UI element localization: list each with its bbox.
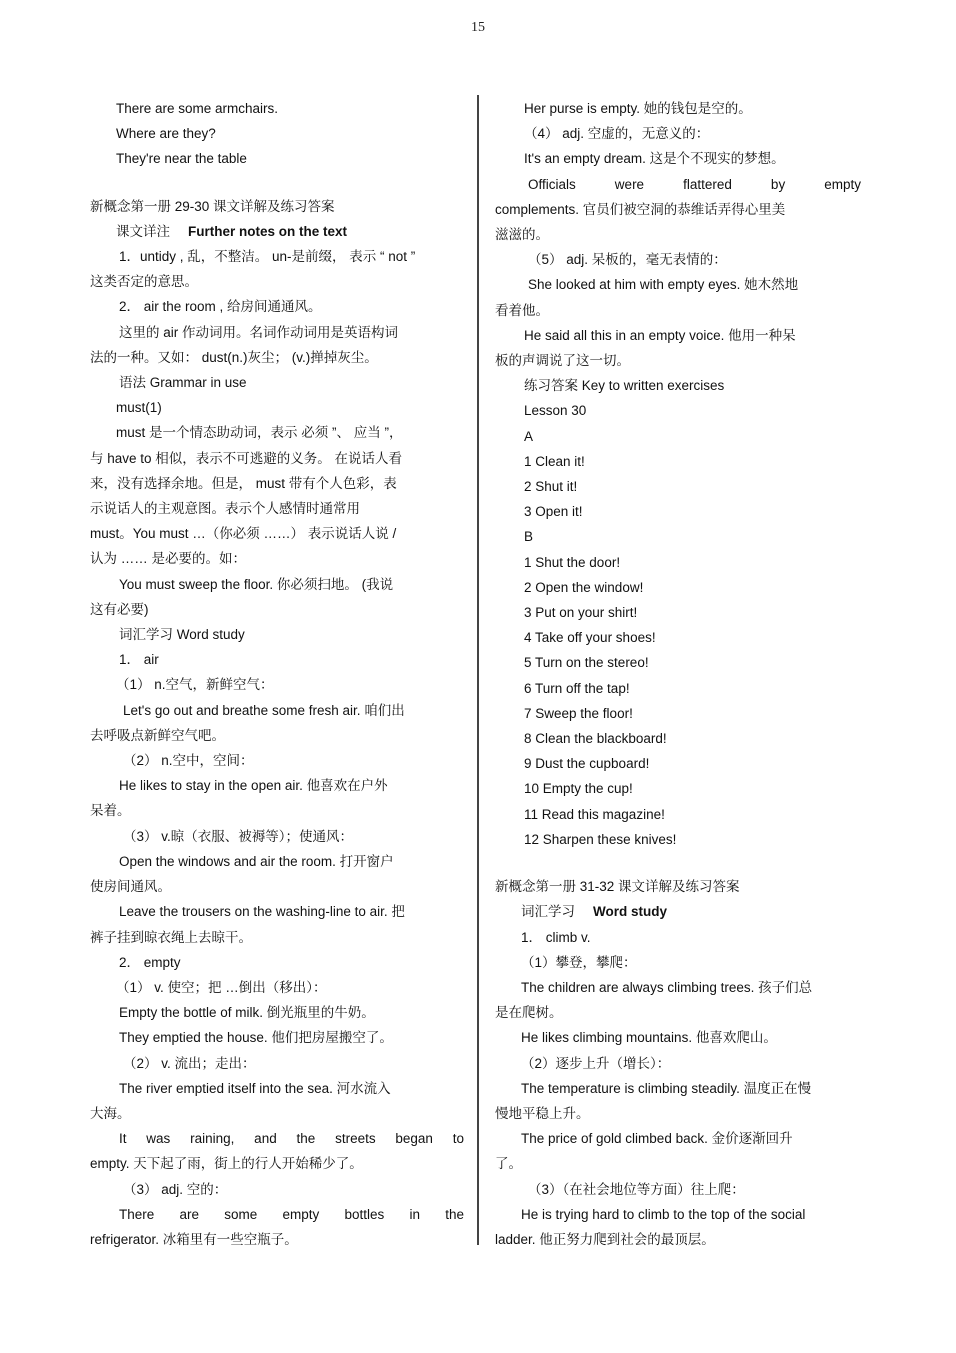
text-line: 来，没有选择余地。但是， must 带有个人色彩，表: [90, 471, 464, 496]
line-text: 7 Sweep the floor!: [524, 706, 633, 721]
text-line: ladder. 他正努力爬到社会的最顶层。: [495, 1227, 861, 1252]
text-line: There are some armchairs.: [90, 96, 464, 121]
text-line: 1 Clean it!: [495, 449, 861, 474]
line-text: 6 Turn off the tap!: [524, 681, 630, 696]
line-text: must(1): [116, 400, 162, 415]
text-line: It's an empty dream. 这是个不现实的梦想。: [495, 146, 861, 171]
line-text: 是在爬树。: [495, 1005, 563, 1020]
text-line: （4） adj. 空虚的，无意义的：: [495, 121, 861, 146]
text-line: She looked at him with empty eyes. 她木然地: [495, 272, 861, 297]
text-line: He said all this in an empty voice. 他用一种…: [495, 323, 861, 348]
line-text: He likes climbing mountains. 他喜欢爬山。: [521, 1030, 777, 1045]
line-text: 8 Clean the blackboard!: [524, 731, 667, 746]
text-line: 看着他。: [495, 298, 861, 323]
line-text: 10 Empty the cup!: [524, 781, 633, 796]
text-line: refrigerator. 冰箱里有一些空瓶子。: [90, 1227, 464, 1252]
line-text: A: [524, 429, 533, 444]
line-text: 认为 …… 是必要的。如：: [90, 551, 246, 566]
line-text: He said all this in an empty voice. 他用一种…: [524, 328, 796, 343]
line-text: 使房间通风。: [90, 879, 171, 894]
text-line: 滋滋的。: [495, 222, 861, 247]
line-text: 新概念第一册 29-30 课文详解及练习答案: [90, 199, 335, 214]
line-text: It's an empty dream. 这是个不现实的梦想。: [524, 151, 785, 166]
right-column: Her purse is empty. 她的钱包是空的。（4） adj. 空虚的…: [495, 96, 861, 1252]
text-line: 1． climb v.: [495, 925, 861, 950]
line-text: 这里的 air 作动词用。名词作动词用是英语构词: [119, 325, 398, 340]
text-line: You must sweep the floor. 你必须扫地。 (我说: [90, 572, 464, 597]
text-line: complements. 官员们被空洞的恭维话弄得心里美: [495, 197, 861, 222]
line-text: 裤子挂到晾衣绳上去晾干。: [90, 930, 252, 945]
text-line: 3 Open it!: [495, 499, 861, 524]
line-text: There are some armchairs.: [116, 101, 278, 116]
text-line: 与 have to 相似，表示不可逃避的义务。 在说话人看: [90, 446, 464, 471]
text-line: empty. 天下起了雨，街上的行人开始稀少了。: [90, 1151, 464, 1176]
line-text: 1． air: [119, 652, 159, 667]
line-text: Let's go out and breathe some fresh air.…: [123, 703, 405, 718]
text-line: （1） n.空气，新鲜空气：: [90, 672, 464, 697]
text-line: 慢地平稳上升。: [495, 1101, 861, 1126]
text-line: 裤子挂到晾衣绳上去晾干。: [90, 925, 464, 950]
text-line: must 是一个情态助动词，表示 必须 ”、 应当 ”，: [90, 420, 464, 445]
text-line: 语法 Grammar in use: [90, 370, 464, 395]
line-text: 课文详注: [116, 224, 170, 239]
line-text: The river emptied itself into the sea. 河…: [119, 1081, 391, 1096]
text-line: 5 Turn on the stereo!: [495, 650, 861, 675]
text-line: 11 Read this magazine!: [495, 802, 861, 827]
line-text: Lesson 30: [524, 403, 586, 418]
text-line: A: [495, 424, 861, 449]
line-text: 1． climb v.: [521, 930, 591, 945]
text-line: 去呼吸点新鲜空气吧。: [90, 723, 464, 748]
text-line: 认为 …… 是必要的。如：: [90, 546, 464, 571]
line-text: The temperature is climbing steadily. 温度…: [521, 1081, 811, 1096]
text-line: （5） adj. 呆板的，毫无表情的：: [495, 247, 861, 272]
text-line: （3） v.晾（衣服、被褥等）；使通风：: [90, 824, 464, 849]
line-text: （5） adj. 呆板的，毫无表情的：: [528, 252, 727, 267]
text-line: 3 Put on your shirt!: [495, 600, 861, 625]
line-text: They emptied the house. 他们把房屋搬空了。: [119, 1030, 393, 1045]
text-line: 4 Take off your shoes!: [495, 625, 861, 650]
text-line: 是在爬树。: [495, 1000, 861, 1025]
line-text: 法的一种。又如： dust(n.)灰尘； (v.)掸掉灰尘。: [90, 350, 378, 365]
line-text: （2） v. 流出；走出：: [123, 1056, 256, 1071]
line-text: You must sweep the floor. 你必须扫地。 (我说: [119, 577, 393, 592]
text-line: 这类否定的意思。: [90, 269, 464, 294]
line-text: 来，没有选择余地。但是， must 带有个人色彩，表: [90, 476, 397, 491]
line-text: Leave the trousers on the washing-line t…: [119, 904, 405, 919]
text-line: 8 Clean the blackboard!: [495, 726, 861, 751]
text-line: 这有必要): [90, 597, 464, 622]
page-number: 15: [0, 20, 956, 36]
text-line: He likes to stay in the open air. 他喜欢在户外: [90, 773, 464, 798]
text-line: 10 Empty the cup!: [495, 776, 861, 801]
paragraph-gap: [495, 852, 861, 874]
text-line: 词汇学习 Word study: [90, 622, 464, 647]
line-text: （4） adj. 空虚的，无意义的：: [524, 126, 709, 141]
text-line: 9 Dust the cupboard!: [495, 751, 861, 776]
text-line: He likes climbing mountains. 他喜欢爬山。: [495, 1025, 861, 1050]
text-line: （1）攀登，攀爬：: [495, 950, 861, 975]
text-line: It was raining, and the streets began to: [90, 1126, 464, 1151]
line-text: 看着他。: [495, 303, 549, 318]
text-line: Empty the bottle of milk. 倒光瓶里的牛奶。: [90, 1000, 464, 1025]
text-line: 呆着。: [90, 798, 464, 823]
text-line: Lesson 30: [495, 398, 861, 423]
text-line: （2） n.空中，空间：: [90, 748, 464, 773]
line-text: （3）（在社会地位等方面）往上爬：: [528, 1182, 745, 1197]
line-text: （2） n.空中，空间：: [123, 753, 254, 768]
text-line: 2 Shut it!: [495, 474, 861, 499]
line-text: Her purse is empty. 她的钱包是空的。: [524, 101, 752, 116]
line-text: He likes to stay in the open air. 他喜欢在户外: [119, 778, 388, 793]
line-text: must。You must …（你必须 ……） 表示说话人说 /: [90, 526, 396, 541]
text-line: They're near the table: [90, 146, 464, 171]
line-text: 词汇学习: [521, 904, 575, 919]
line-text: 板的声调说了这一切。: [495, 353, 630, 368]
line-text: 2． air the room , 给房间通通风。: [119, 299, 322, 314]
text-line: 词汇学习Word study: [495, 899, 861, 924]
text-line: 12 Sharpen these knives!: [495, 827, 861, 852]
text-line: 板的声调说了这一切。: [495, 348, 861, 373]
line-text: 新概念第一册 31-32 课文详解及练习答案: [495, 879, 740, 894]
left-column: There are some armchairs.Where are they?…: [90, 96, 464, 1252]
text-line: They emptied the house. 他们把房屋搬空了。: [90, 1025, 464, 1050]
text-line: Leave the trousers on the washing-line t…: [90, 899, 464, 924]
text-line: 7 Sweep the floor!: [495, 701, 861, 726]
line-text: 9 Dust the cupboard!: [524, 756, 649, 771]
line-text: 滋滋的。: [495, 227, 549, 242]
line-text: 词汇学习 Word study: [119, 627, 245, 642]
text-line: 课文详注Further notes on the text: [90, 219, 464, 244]
text-line: 1 Shut the door!: [495, 550, 861, 575]
text-line: 练习答案 Key to written exercises: [495, 373, 861, 398]
line-text: empty. 天下起了雨，街上的行人开始稀少了。: [90, 1156, 363, 1171]
text-line: 新概念第一册 31-32 课文详解及练习答案: [495, 874, 861, 899]
section-heading-english: Word study: [593, 904, 667, 919]
text-line: Open the windows and air the room. 打开窗户: [90, 849, 464, 874]
text-line: （1） v. 使空；把 …倒出（移出）：: [90, 975, 464, 1000]
line-text: （1） v. 使空；把 …倒出（移出）：: [116, 980, 327, 995]
text-line: He is trying hard to climb to the top of…: [495, 1202, 861, 1227]
text-line: 了。: [495, 1151, 861, 1176]
line-text: （1）攀登，攀爬：: [521, 955, 637, 970]
line-text: 去呼吸点新鲜空气吧。: [90, 728, 225, 743]
line-text: 了。: [495, 1156, 522, 1171]
text-line: 1． air: [90, 647, 464, 672]
line-text: 11 Read this magazine!: [524, 807, 665, 822]
line-text: He is trying hard to climb to the top of…: [521, 1207, 805, 1222]
text-line: （2） v. 流出；走出：: [90, 1051, 464, 1076]
line-text: （2）逐步上升（增长）：: [521, 1056, 670, 1071]
text-line: The children are always climbing trees. …: [495, 975, 861, 1000]
line-text: 1 Clean it!: [524, 454, 585, 469]
line-text: The price of gold climbed back. 金价逐渐回升: [521, 1131, 793, 1146]
line-text: complements. 官员们被空洞的恭维话弄得心里美: [495, 202, 785, 217]
text-line: Her purse is empty. 她的钱包是空的。: [495, 96, 861, 121]
line-text: 2 Open the window!: [524, 580, 643, 595]
text-line: 法的一种。又如： dust(n.)灰尘； (v.)掸掉灰尘。: [90, 345, 464, 370]
text-line: 大海。: [90, 1101, 464, 1126]
line-text: There are some empty bottles in the: [119, 1207, 464, 1222]
text-line: Let's go out and breathe some fresh air.…: [90, 698, 464, 723]
line-text: Empty the bottle of milk. 倒光瓶里的牛奶。: [119, 1005, 375, 1020]
text-line: 这里的 air 作动词用。名词作动词用是英语构词: [90, 320, 464, 345]
text-line: 1．untidy , 乱，不整洁。 un-是前缀， 表示 “ not ”: [90, 244, 464, 269]
line-text: 12 Sharpen these knives!: [524, 832, 676, 847]
section-heading-english: Further notes on the text: [188, 224, 347, 239]
text-line: 使房间通风。: [90, 874, 464, 899]
text-line: must(1): [90, 395, 464, 420]
line-text: 5 Turn on the stereo!: [524, 655, 649, 670]
line-text: 语法 Grammar in use: [119, 375, 247, 390]
text-line: 示说话人的主观意图。表示个人感情时通常用: [90, 496, 464, 521]
line-text: 1．untidy , 乱，不整洁。 un-是前缀， 表示 “ not ”: [119, 249, 415, 264]
line-text: 这有必要): [90, 602, 149, 617]
text-line: Where are they?: [90, 121, 464, 146]
text-line: The river emptied itself into the sea. 河…: [90, 1076, 464, 1101]
line-text: 大海。: [90, 1106, 131, 1121]
line-text: 3 Put on your shirt!: [524, 605, 637, 620]
text-line: 2． empty: [90, 950, 464, 975]
text-line: （3）（在社会地位等方面）往上爬：: [495, 1177, 861, 1202]
line-text: 与 have to 相似，表示不可逃避的义务。 在说话人看: [90, 451, 402, 466]
line-text: Officials were flattered by empty: [528, 177, 861, 192]
line-text: Where are they?: [116, 126, 216, 141]
text-line: 新概念第一册 29-30 课文详解及练习答案: [90, 194, 464, 219]
paragraph-gap: [90, 172, 464, 194]
text-line: 6 Turn off the tap!: [495, 676, 861, 701]
column-divider: [477, 95, 479, 1245]
line-text: refrigerator. 冰箱里有一些空瓶子。: [90, 1232, 298, 1247]
line-text: B: [524, 529, 533, 544]
text-line: The price of gold climbed back. 金价逐渐回升: [495, 1126, 861, 1151]
text-line: 2 Open the window!: [495, 575, 861, 600]
text-line: There are some empty bottles in the: [90, 1202, 464, 1227]
line-text: ladder. 他正努力爬到社会的最顶层。: [495, 1232, 715, 1247]
line-text: 4 Take off your shoes!: [524, 630, 656, 645]
line-text: 3 Open it!: [524, 504, 583, 519]
line-text: （3） adj. 空的：: [123, 1182, 227, 1197]
line-text: （3） v.晾（衣服、被褥等）；使通风：: [123, 829, 353, 844]
text-line: 2． air the room , 给房间通通风。: [90, 294, 464, 319]
line-text: She looked at him with empty eyes. 她木然地: [528, 277, 798, 292]
text-line: （3） adj. 空的：: [90, 1177, 464, 1202]
line-text: 呆着。: [90, 803, 131, 818]
line-text: 2． empty: [119, 955, 181, 970]
text-line: Officials were flattered by empty: [495, 172, 861, 197]
line-text: 1 Shut the door!: [524, 555, 620, 570]
text-line: must。You must …（你必须 ……） 表示说话人说 /: [90, 521, 464, 546]
line-text: must 是一个情态助动词，表示 必须 ”、 应当 ”，: [116, 425, 403, 440]
line-text: 慢地平稳上升。: [495, 1106, 590, 1121]
line-text: 这类否定的意思。: [90, 274, 198, 289]
line-text: They're near the table: [116, 151, 247, 166]
line-text: 示说话人的主观意图。表示个人感情时通常用: [90, 501, 360, 516]
line-text: （1） n.空气，新鲜空气：: [116, 677, 274, 692]
text-line: （2）逐步上升（增长）：: [495, 1051, 861, 1076]
line-text: It was raining, and the streets began to: [119, 1131, 464, 1146]
text-line: The temperature is climbing steadily. 温度…: [495, 1076, 861, 1101]
line-text: 练习答案 Key to written exercises: [524, 378, 724, 393]
line-text: The children are always climbing trees. …: [521, 980, 812, 995]
text-line: B: [495, 524, 861, 549]
line-text: Open the windows and air the room. 打开窗户: [119, 854, 394, 869]
line-text: 2 Shut it!: [524, 479, 577, 494]
